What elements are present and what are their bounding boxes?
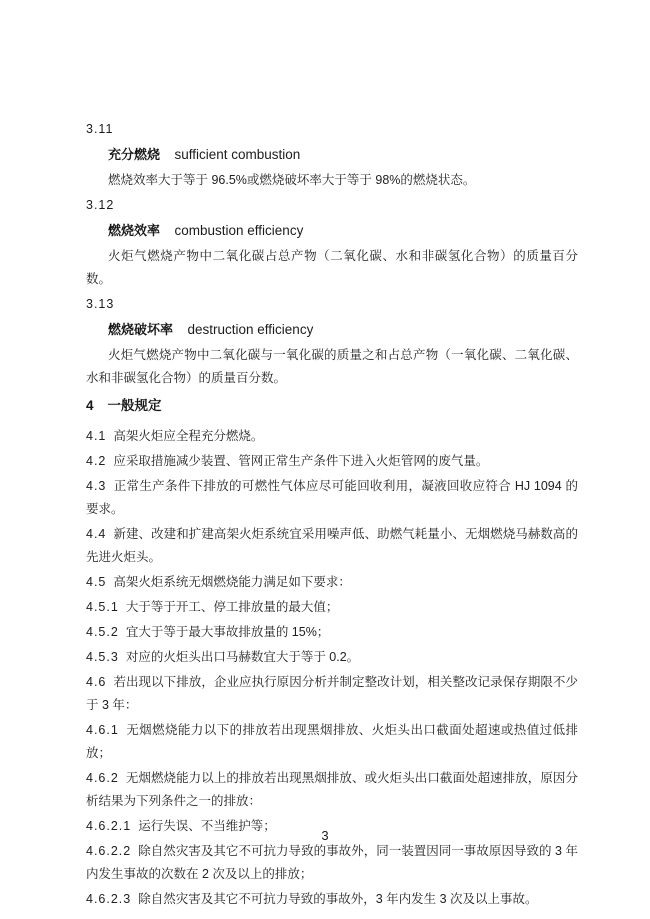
clause-item-number: 4.1 (86, 429, 106, 443)
term-title: 充分燃烧 sufficient combustion (86, 143, 578, 167)
clause-item-number: 4.5.3 (86, 650, 119, 664)
clause-item-number: 4.6.2 (86, 771, 119, 785)
clause-item-4-5-1: 4.5.1大于等于开工、停工排放量的最大值； (86, 596, 578, 619)
clause-item-text: 无烟燃烧能力以下的排放若出现黑烟排放、火炬头出口截面处超速或热值过低排放； (86, 723, 578, 760)
clause-item-4-6-2-2: 4.6.2.2除自然灾害及其它不可抗力导致的事故外，同一装置因同一事故原因导致的… (86, 840, 578, 886)
clause-item-4-3: 4.3正常生产条件下排放的可燃性气体应尽可能回收利用，凝液回收应符合 HJ 10… (86, 475, 578, 521)
clause-item-text: 大于等于开工、停工排放量的最大值； (126, 600, 339, 614)
clause-item-4-2: 4.2应采取措施减少装置、管网正常生产条件下进入火炬管网的废气量。 (86, 450, 578, 473)
clause-item-4-5-2: 4.5.2宜大于等于最大事故排放量的 15%； (86, 621, 578, 644)
clause-item-4-6-1: 4.6.1无烟燃烧能力以下的排放若出现黑烟排放、火炬头出口截面处超速或热值过低排… (86, 719, 578, 765)
clause-item-number: 4.5.2 (86, 625, 119, 639)
clause-item-text: 除自然灾害及其它不可抗力导致的事故外，3 年内发生 3 次及以上事故。 (138, 892, 537, 906)
clause-item-text: 若出现以下排放，企业应执行原因分析并制定整改计划，相关整改记录保存期限不少于 3… (86, 675, 578, 712)
clause-item-number: 4.3 (86, 479, 106, 493)
term-title-en: combustion efficiency (175, 223, 304, 238)
clause-item-4-6-2-3: 4.6.2.3除自然灾害及其它不可抗力导致的事故外，3 年内发生 3 次及以上事… (86, 888, 578, 911)
clause-item-text: 新建、改建和扩建高架火炬系统宜采用噪声低、助燃气耗量小、无烟燃烧马赫数高的先进火… (86, 527, 578, 564)
term-block-3-13: 3.13 燃烧破坏率 destruction efficiency 火炬气燃烧产… (86, 293, 578, 390)
clause-item-text: 高架火炬应全程充分燃烧。 (113, 429, 263, 443)
clause-number: 3.11 (86, 118, 578, 141)
term-block-3-11: 3.11 充分燃烧 sufficient combustion 燃烧效率大于等于… (86, 118, 578, 192)
clause-item-text: 应采取措施减少装置、管网正常生产条件下进入火炬管网的废气量。 (113, 454, 488, 468)
clause-item-text: 除自然灾害及其它不可抗力导致的事故外，同一装置因同一事故原因导致的 3 年内发生… (86, 844, 578, 881)
page-content: 3.11 充分燃烧 sufficient combustion 燃烧效率大于等于… (0, 0, 650, 911)
clause-item-number: 4.6.2.3 (86, 892, 131, 906)
clause-item-number: 4.4 (86, 527, 106, 541)
clause-item-4-5-3: 4.5.3对应的火炬头出口马赫数宜大于等于 0.2。 (86, 646, 578, 669)
clause-item-text: 宜大于等于最大事故排放量的 15%； (126, 625, 330, 639)
clause-item-text: 无烟燃烧能力以上的排放若出现黑烟排放、或火炬头出口截面处超速排放，原因分析结果为… (86, 771, 578, 808)
clause-item-4-4: 4.4新建、改建和扩建高架火炬系统宜采用噪声低、助燃气耗量小、无烟燃烧马赫数高的… (86, 523, 578, 569)
term-block-3-12: 3.12 燃烧效率 combustion efficiency 火炬气燃烧产物中… (86, 194, 578, 291)
chapter-number: 4 (86, 398, 95, 413)
clause-item-text: 正常生产条件下排放的可燃性气体应尽可能回收利用，凝液回收应符合 HJ 1094 … (86, 479, 578, 516)
chapter-title: 一般规定 (108, 398, 162, 413)
term-title-zh: 燃烧效率 (108, 223, 160, 238)
chapter-heading: 4一般规定 (86, 394, 578, 417)
clause-item-number: 4.2 (86, 454, 106, 468)
clause-item-4-6-2: 4.6.2无烟燃烧能力以上的排放若出现黑烟排放、或火炬头出口截面处超速排放，原因… (86, 767, 578, 813)
document-page: 3.11 充分燃烧 sufficient combustion 燃烧效率大于等于… (0, 0, 650, 919)
page-number: 3 (0, 828, 650, 843)
term-title: 燃烧效率 combustion efficiency (86, 219, 578, 243)
clause-item-number: 4.6.1 (86, 723, 119, 737)
term-definition: 火炬气燃烧产物中二氧化碳与一氧化碳的质量之和占总产物（一氧化碳、二氧化碳、水和非… (86, 344, 578, 390)
clause-item-number: 4.5 (86, 575, 106, 589)
clause-item-text: 对应的火炬头出口马赫数宜大于等于 0.2。 (126, 650, 359, 664)
clause-item-4-5: 4.5高架火炬系统无烟燃烧能力满足如下要求： (86, 571, 578, 594)
term-title-en: sufficient combustion (175, 147, 301, 162)
clause-item-number: 4.5.1 (86, 600, 119, 614)
clause-item-4-1: 4.1高架火炬应全程充分燃烧。 (86, 425, 578, 448)
term-definition: 火炬气燃烧产物中二氧化碳占总产物（二氧化碳、水和非碳氢化合物）的质量百分数。 (86, 245, 578, 291)
term-title-zh: 充分燃烧 (108, 147, 160, 162)
term-title-zh: 燃烧破坏率 (108, 322, 173, 337)
term-definition: 燃烧效率大于等于 96.5%或燃烧破坏率大于等于 98%的燃烧状态。 (86, 169, 578, 192)
term-title: 燃烧破坏率 destruction efficiency (86, 318, 578, 342)
clause-item-number: 4.6 (86, 675, 106, 689)
clause-number: 3.13 (86, 293, 578, 316)
clause-item-text: 高架火炬系统无烟燃烧能力满足如下要求： (113, 575, 351, 589)
term-title-en: destruction efficiency (188, 322, 314, 337)
clause-item-4-6: 4.6若出现以下排放，企业应执行原因分析并制定整改计划，相关整改记录保存期限不少… (86, 671, 578, 717)
clause-number: 3.12 (86, 194, 578, 217)
clause-item-number: 4.6.2.2 (86, 844, 131, 858)
